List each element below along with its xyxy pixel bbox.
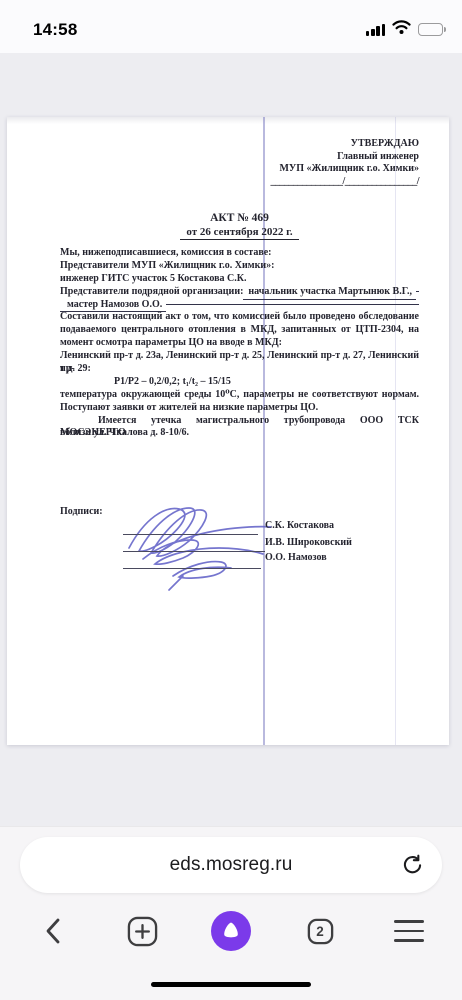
- tab-count: 2: [316, 924, 324, 939]
- address-bar[interactable]: eds.mosreg.ru: [20, 837, 442, 893]
- signature-line: [123, 568, 261, 569]
- approval-line: МУП «Жилищник г.о. Химки»: [270, 163, 419, 176]
- reload-button[interactable]: [398, 851, 426, 879]
- browser-bottom-bar: eds.mosreg.ru: [0, 826, 462, 1000]
- doc-line-contractor2: мастер Намозов О.О.: [60, 299, 419, 312]
- new-tab-button[interactable]: [120, 909, 164, 953]
- doc-line: Поступают заявки от жителей на низкие па…: [60, 402, 419, 415]
- alice-assistant-button[interactable]: [209, 909, 253, 953]
- signature-line: [123, 534, 258, 535]
- doc-line: температура окружающей среды 10⁰С, парам…: [60, 389, 419, 402]
- document-body: Мы, нижеподписавшиеся, комиссия в состав…: [60, 247, 419, 440]
- status-icons: [366, 20, 446, 39]
- battery-icon: [418, 23, 446, 36]
- approval-block: УТВЕРЖДАЮ Главный инженер МУП «Жилищник …: [270, 138, 419, 188]
- cellular-signal-icon: [366, 24, 385, 36]
- doc-line: вблизи ул. Чкалова д. 8-10/6.: [60, 427, 419, 440]
- status-bar: 14:58: [0, 0, 462, 53]
- web-content-area: УТВЕРЖДАЮ Главный инженер МУП «Жилищник …: [0, 53, 462, 826]
- doc-line: т д. 29:: [60, 363, 419, 376]
- address-url: eds.mosreg.ru: [170, 854, 293, 876]
- doc-line-contractor: Представители подрядной организации: нач…: [60, 286, 419, 299]
- document-date: от 26 сентября 2022 г.: [60, 226, 419, 238]
- doc-line: момент осмотра параметры ЦО на вводе в М…: [60, 337, 419, 350]
- document-title: АКТ № 469: [60, 212, 419, 224]
- signatures-label: Подписи:: [60, 506, 103, 517]
- doc-line: Имеется утечка магистрального трубопрово…: [60, 415, 419, 428]
- approval-line: УТВЕРЖДАЮ: [270, 138, 419, 151]
- menu-button[interactable]: [387, 909, 431, 953]
- signer-name: О.О. Намозов: [265, 552, 327, 563]
- signer-name: С.К. Костакова: [265, 520, 334, 531]
- approval-signature-slots: ________________/________________/: [270, 176, 419, 189]
- hamburger-icon: [394, 920, 424, 941]
- tabs-button[interactable]: 2: [298, 909, 342, 953]
- doc-line: Ленинский пр-т д. 23а, Ленинский пр-т д.…: [60, 350, 419, 363]
- home-indicator[interactable]: [151, 982, 311, 987]
- doc-line: Мы, нижеподписавшиеся, комиссия в состав…: [60, 247, 419, 260]
- doc-line: инженер ГИТС участок 5 Костакова С.К.: [60, 273, 419, 286]
- yandex-browser-window: 14:58 УТВЕРЖДАЮ Главный инженер МУ: [0, 0, 462, 1000]
- doc-line: Представители МУП «Жилищник г.о. Химки»:: [60, 260, 419, 273]
- back-button[interactable]: [31, 909, 75, 953]
- doc-line-parameters: Р1/Р2 – 0,2/0,2; t₁/t₂ – 15/15: [60, 376, 419, 389]
- doc-line: подаваемого центрального отопления в МКД…: [60, 324, 419, 337]
- doc-line: Составили настоящий акт о том, что комис…: [60, 311, 419, 324]
- approval-line: Главный инженер: [270, 151, 419, 164]
- signature-line: [123, 551, 265, 552]
- signer-name: И.В. Широковский: [265, 537, 352, 548]
- wifi-icon: [392, 20, 411, 39]
- browser-toolbar: 2: [0, 903, 462, 959]
- alice-icon: [211, 911, 251, 951]
- status-time: 14:58: [33, 20, 77, 40]
- scanned-document: УТВЕРЖДАЮ Главный инженер МУП «Жилищник …: [7, 117, 449, 745]
